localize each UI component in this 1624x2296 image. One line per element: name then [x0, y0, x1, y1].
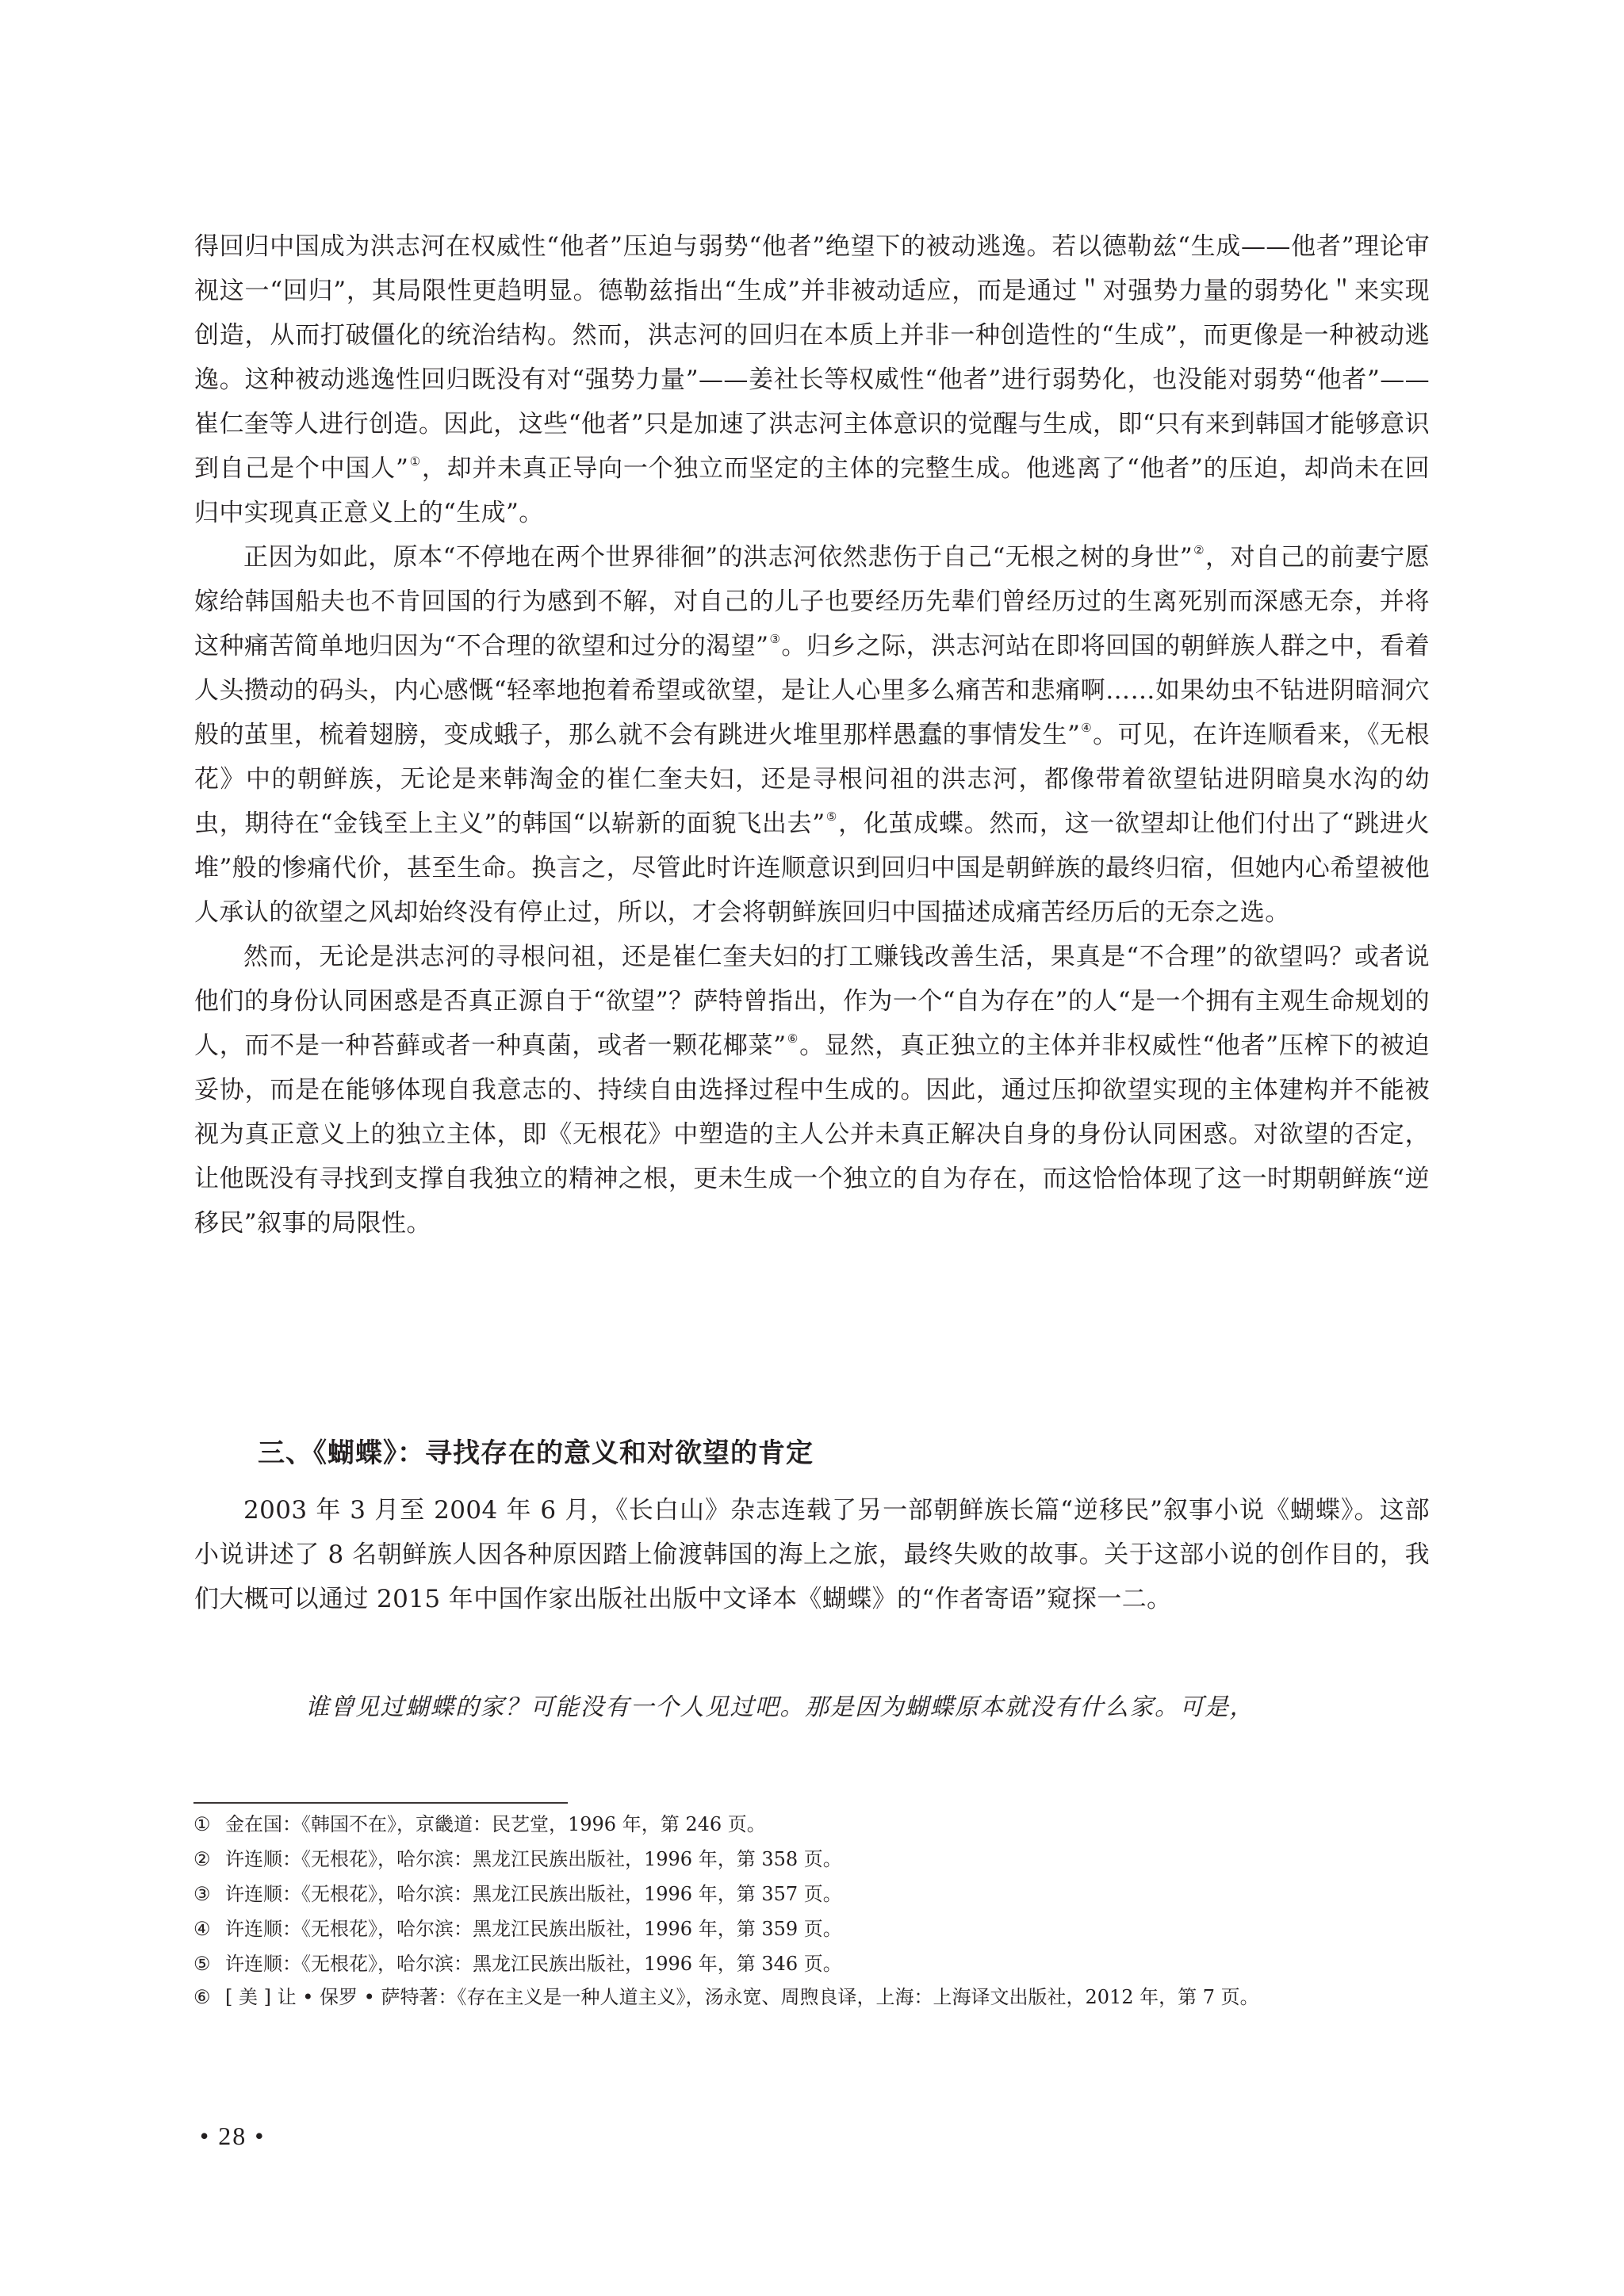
footnote-6: ⑥[ 美 ] 让 • 保罗 • 萨特著：《存在主义是一种人道主义》，汤永宽、周煦… [193, 1985, 1431, 2009]
paragraph-4: 2003 年 3 月至 2004 年 6 月，《长白山》杂志连载了另一部朝鲜族长… [194, 1488, 1430, 1621]
footnote-marker[interactable]: ⑤ [826, 809, 838, 824]
footnote-marker[interactable]: ① [409, 454, 421, 469]
footnote-1: ① 金在国：《韩国不在》，京畿道：民艺堂，1996 年，第 246 页。 [193, 1811, 1431, 1838]
footnote-number: ⑥ [193, 1985, 225, 2009]
footnote-text: 许连顺：《无根花》，哈尔滨：黑龙江民族出版社，1996 年，第 346 页。 [225, 1950, 1431, 1977]
paragraph-2: 正因为如此，原本“不停地在两个世界徘徊”的洪志河依然悲伤于自己“无根之树的身世”… [194, 535, 1430, 935]
page-number: • 28 • [200, 2122, 265, 2151]
footnote-number: ③ [193, 1881, 225, 1908]
body-text-top: 得回归中国成为洪志河在权威性“他者”压迫与弱势“他者”绝望下的被动逃逸。若以德勒… [194, 224, 1430, 1246]
body-text-after-heading: 2003 年 3 月至 2004 年 6 月，《长白山》杂志连载了另一部朝鲜族长… [194, 1488, 1430, 1621]
footnote-marker[interactable]: ③ [769, 632, 780, 646]
footnote-text: 许连顺：《无根花》，哈尔滨：黑龙江民族出版社，1996 年，第 357 页。 [225, 1881, 1431, 1908]
footnote-marker[interactable]: ④ [1081, 721, 1092, 735]
footnotes: ① 金在国：《韩国不在》，京畿道：民艺堂，1996 年，第 246 页。 ② 许… [193, 1811, 1431, 2017]
paragraph-1: 得回归中国成为洪志河在权威性“他者”压迫与弱势“他者”绝望下的被动逃逸。若以德勒… [194, 224, 1430, 535]
footnote-2: ② 许连顺：《无根花》，哈尔滨：黑龙江民族出版社，1996 年，第 358 页。 [193, 1846, 1431, 1873]
footnote-number: ④ [193, 1915, 225, 1942]
footnote-divider [193, 1802, 568, 1804]
paragraph-3: 然而，无论是洪志河的寻根问祖，还是崔仁奎夫妇的打工赚钱改善生活，果真是“不合理”… [194, 935, 1430, 1246]
footnote-marker[interactable]: ⑥ [787, 1031, 799, 1046]
footnote-number: ① [193, 1811, 225, 1838]
footnote-text: [ 美 ] 让 • 保罗 • 萨特著：《存在主义是一种人道主义》，汤永宽、周煦良… [225, 1986, 1259, 2008]
footnote-text: 许连顺：《无根花》，哈尔滨：黑龙江民族出版社，1996 年，第 359 页。 [225, 1915, 1431, 1942]
footnote-marker[interactable]: ② [1193, 543, 1205, 557]
footnote-3: ③ 许连顺：《无根花》，哈尔滨：黑龙江民族出版社，1996 年，第 357 页。 [193, 1881, 1431, 1908]
footnote-4: ④ 许连顺：《无根花》，哈尔滨：黑龙江民族出版社，1996 年，第 359 页。 [193, 1915, 1431, 1942]
footnote-text: 金在国：《韩国不在》，京畿道：民艺堂，1996 年，第 246 页。 [225, 1811, 1431, 1838]
block-quote: 谁曾见过蝴蝶的家？可能没有一个人见过吧。那是因为蝴蝶原本就没有什么家。可是， [305, 1687, 1431, 1728]
footnote-number: ② [193, 1846, 225, 1873]
footnote-number: ⑤ [193, 1950, 225, 1977]
footnote-text: 许连顺：《无根花》，哈尔滨：黑龙江民族出版社，1996 年，第 358 页。 [225, 1846, 1431, 1873]
footnote-5: ⑤ 许连顺：《无根花》，哈尔滨：黑龙江民族出版社，1996 年，第 346 页。 [193, 1950, 1431, 1977]
section-heading: 三、《蝴蝶》：寻找存在的意义和对欲望的肯定 [258, 1433, 814, 1473]
